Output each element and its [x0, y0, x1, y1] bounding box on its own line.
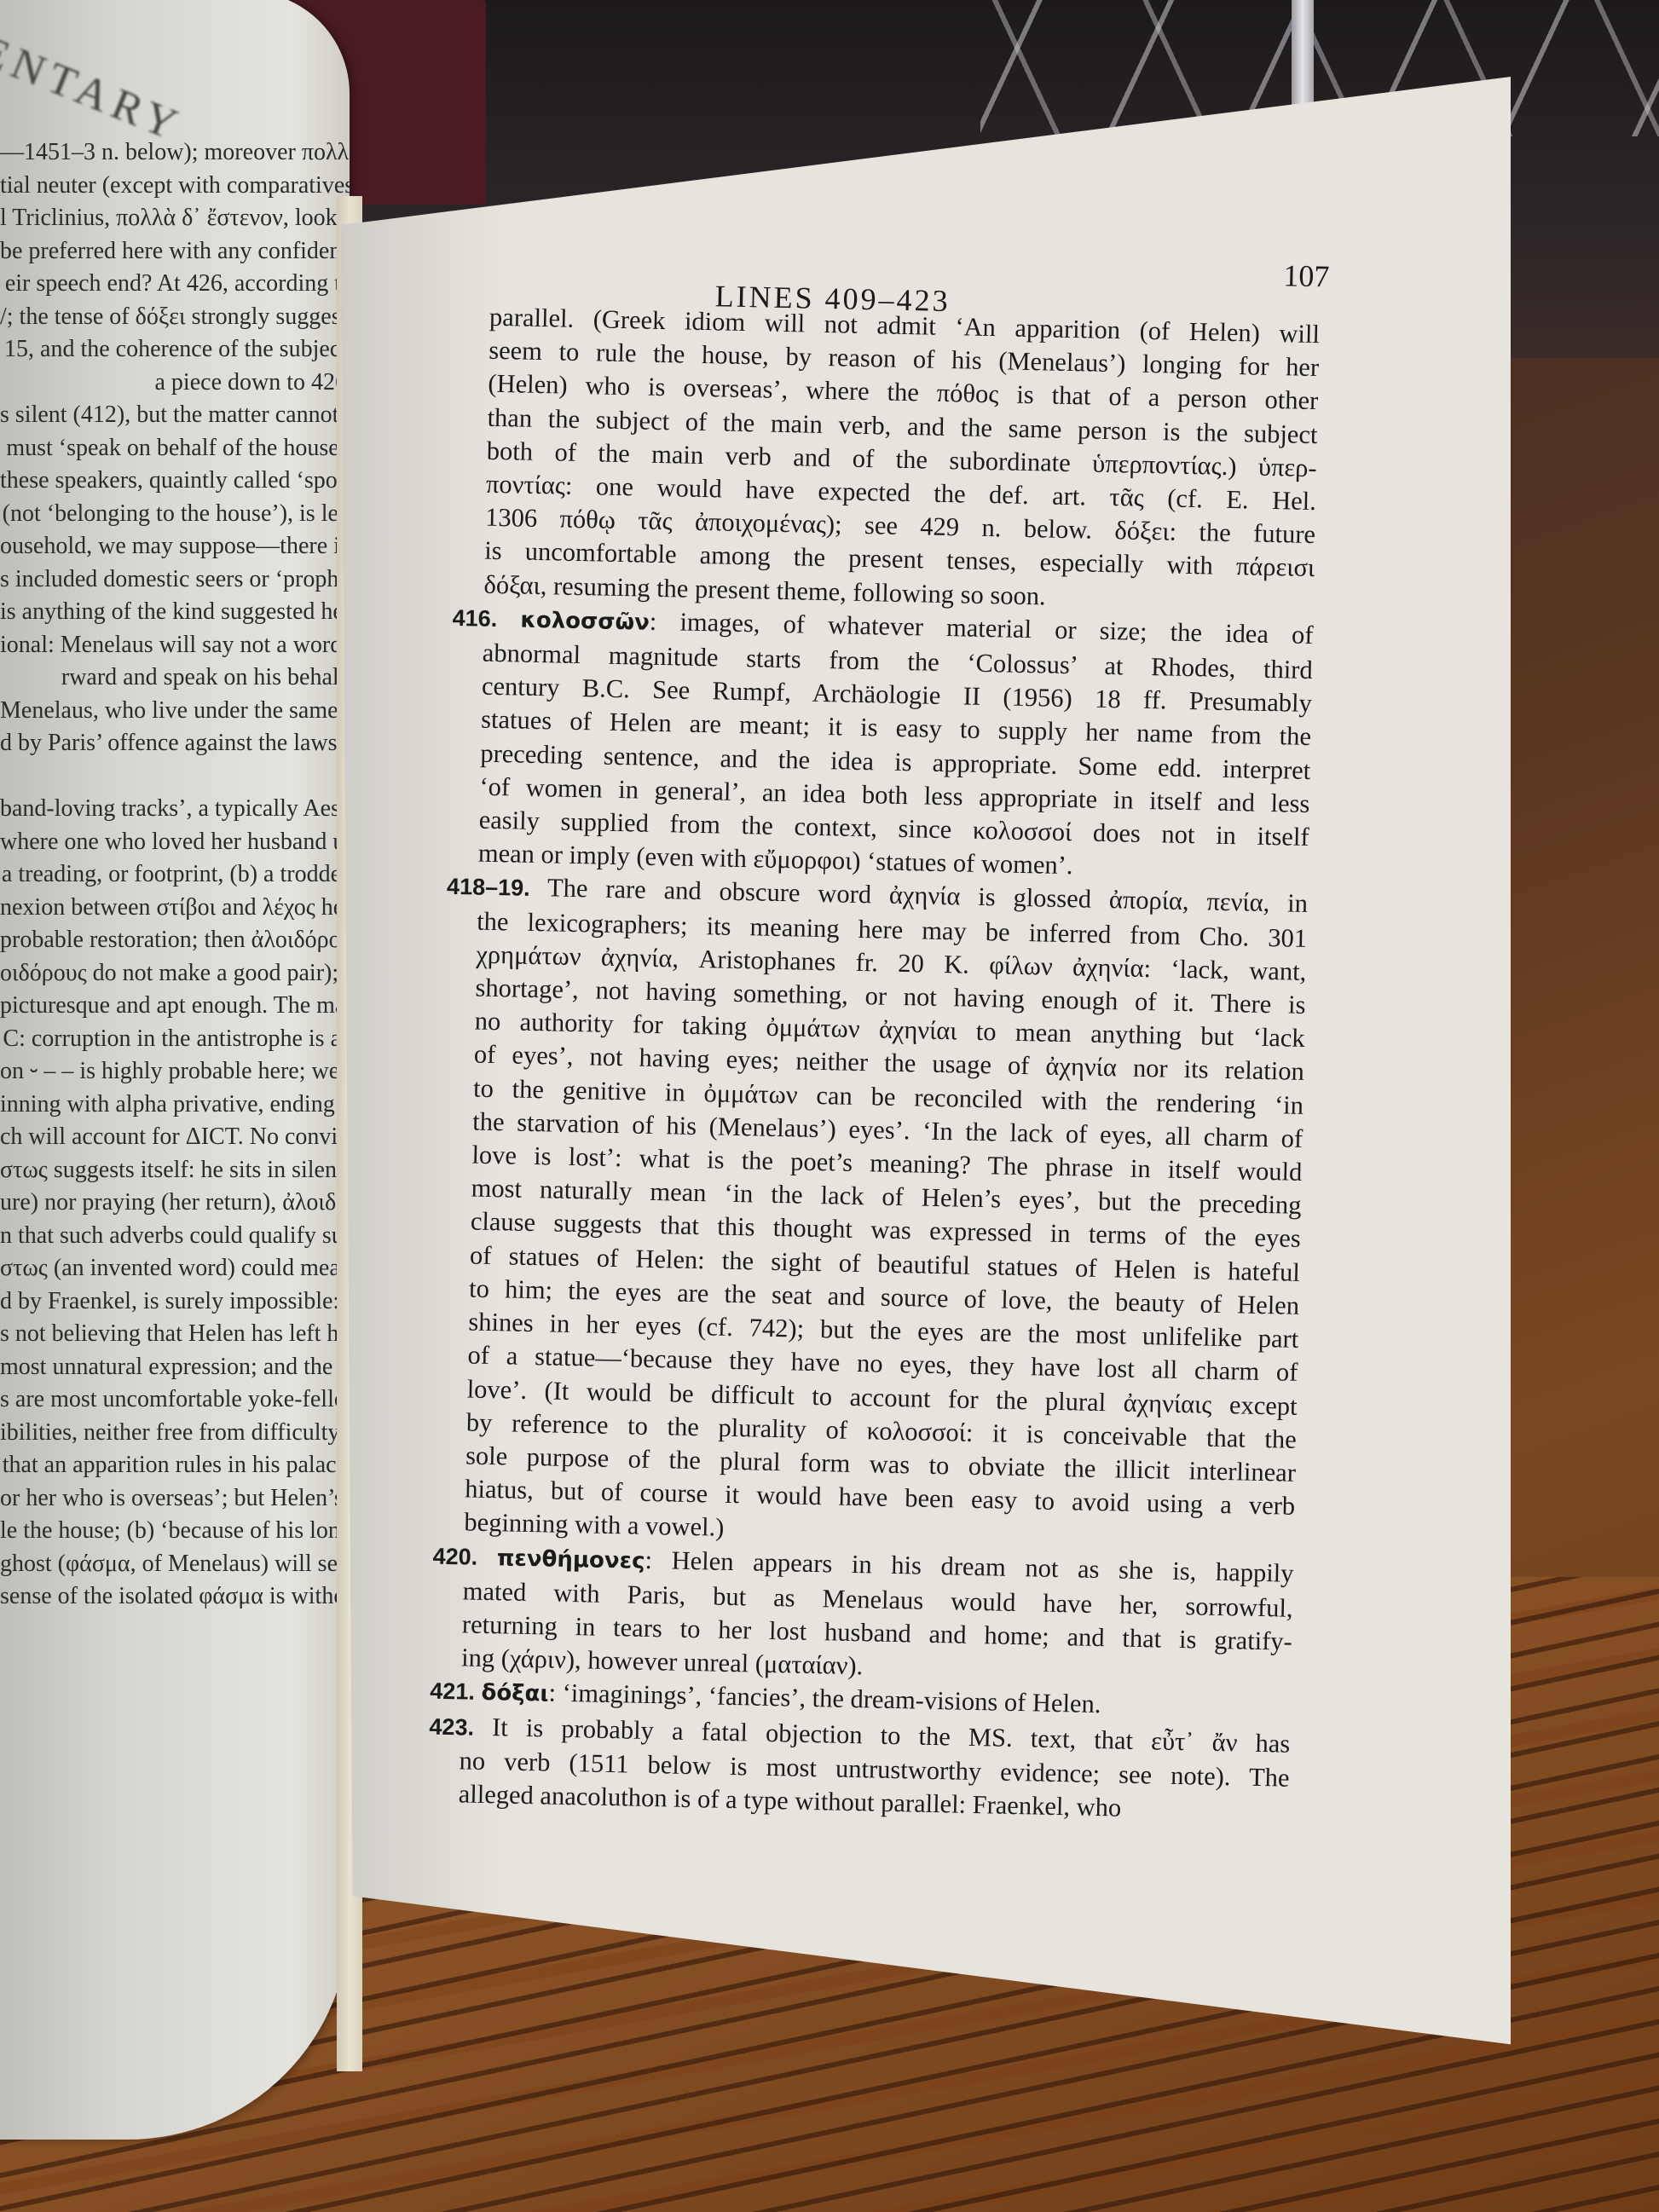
left-text-line: n that such adverbs could qualify such a [0, 1220, 350, 1253]
commentary-entry: 423. It is probably a fatal objection to… [427, 1709, 1290, 1828]
left-text-line: sense of the isolated φάσμα is without [0, 1580, 350, 1614]
commentary-entry: 418–19. The rare and obscure word ἀχηνία… [433, 869, 1308, 1556]
left-text-line: be preferred here with any confidence. [0, 235, 350, 269]
left-text-line: s not believing that Helen has left him; [0, 1318, 350, 1351]
left-text-line: on ⏑ – – is highly probable here; we nee… [0, 1055, 350, 1089]
left-text-line: στως suggests itself: he sits in silence… [0, 1154, 350, 1187]
entry-line-number: 423. [429, 1713, 474, 1740]
commentary-entry: 420. πενθήμονες: Helen appears in his dr… [431, 1539, 1294, 1692]
left-text-line: οιδόρους do not make a good pair); and [0, 957, 350, 990]
entry-lemma: δόξαι [481, 1680, 549, 1707]
left-text-line: tial neuter (except with comparatives [0, 170, 350, 203]
left-text-line: ure) nor praying (her return), ἀλοιδόρου… [0, 1187, 350, 1220]
left-text-line: a piece down to 426. [0, 367, 350, 400]
running-head-title: LINES 409–423 [714, 278, 951, 319]
left-text-line: /; the tense of δόξει strongly suggests [0, 301, 350, 334]
left-text-line: Menelaus, who live under the same roof [0, 695, 350, 728]
commentary-entry: 416. κολοσσῶν: images, of whatever mater… [448, 601, 1314, 888]
background-pole [1292, 0, 1314, 111]
entry-lemma: κολοσσῶν [520, 607, 650, 635]
left-text-line: στως (an invented word) could mean ‘not [0, 1252, 350, 1285]
left-text-line: C: corruption in the antistrophe is an [0, 1023, 350, 1056]
left-text-line: picturesque and apt enough. The main [0, 990, 350, 1023]
left-text-line: le the house; (b) ‘because of his longin… [0, 1515, 350, 1548]
left-text-line: d by Paris’ offence against the laws of [0, 727, 350, 760]
left-text-line: s silent (412), but the matter cannot pa… [0, 399, 350, 432]
left-text-line: must ‘speak on behalf of the house’. [0, 432, 350, 465]
entry-line-number: 418–19. [447, 874, 530, 901]
left-text-line: rward and speak on his behalf. [0, 661, 350, 695]
left-text-line: that an apparition rules in his palace, [0, 1449, 350, 1482]
left-page-text: —1451–3 n. below); moreover πολλὰ, notti… [0, 136, 350, 1614]
left-text-line: s are most uncomfortable yoke-fellows. [0, 1383, 350, 1417]
left-text-line: inning with alpha privative, ending -ους [0, 1089, 350, 1122]
left-text-line: nexion between στίβοι and λέχος here. [0, 892, 350, 925]
left-text-line: is anything of the kind suggested here. [0, 596, 350, 629]
entry-lemma: πενθήμονες [497, 1545, 645, 1574]
continuation-paragraph: parallel. (Greek idiom will not admit ‘A… [453, 300, 1320, 619]
left-text-line: d by Fraenkel, is surely impossible: the… [0, 1285, 350, 1319]
left-text-line: ch will account for ΔICT. No convincing [0, 1121, 350, 1154]
left-text-line: ousehold, we may suppose—there is no [0, 530, 350, 563]
left-text-line: ibilities, neither free from difficulty:… [0, 1417, 350, 1450]
left-text-line: probable restoration; then ἀλοιδόρους, o… [0, 924, 350, 957]
left-running-head: ENTARY [0, 26, 191, 153]
left-text-line: ional: Menelaus will say not a word, so [0, 629, 350, 662]
left-text-line: where one who loved her husband used [0, 826, 350, 859]
left-text-line: l Triclinius, πολλὰ δ᾽ ἔστενον, looks li… [0, 202, 350, 235]
left-text-line: 15, and the coherence of the subject. [0, 333, 350, 367]
left-text-line: band-loving tracks’, a typically Aeschy- [0, 793, 350, 826]
left-text-line: most unnatural expression; and the trio [0, 1351, 350, 1384]
left-text-line [0, 760, 350, 794]
left-page: ENTARY —1451–3 n. below); moreover πολλὰ… [0, 0, 350, 2140]
page-number: 107 [1283, 257, 1330, 294]
left-text-line: s included domestic seers or ‘prophets’ [0, 563, 350, 597]
left-text-line: or her who is overseas’; but Helen’s gho… [0, 1482, 350, 1516]
entry-line-number: 421. [430, 1678, 475, 1705]
left-text-line: these speakers, quaintly called ‘spokes- [0, 465, 350, 498]
commentary-entries: 416. κολοσσῶν: images, of whatever mater… [427, 601, 1314, 1828]
left-text-line: —1451–3 n. below); moreover πολλὰ, not [0, 136, 350, 170]
left-text-line: (not ‘belonging to the house’), is left [0, 498, 350, 531]
entry-line-number: 416. [452, 605, 497, 632]
entry-line-number: 420. [432, 1543, 477, 1569]
right-page-text: LINES 409–423 107 parallel. (Greek idiom… [427, 240, 1321, 1828]
left-text-line: a treading, or footprint, (b) a trodden [0, 858, 350, 892]
left-text-line: eir speech end? At 426, according to [0, 268, 350, 301]
left-text-line: ghost (φάσμα, of Menelaus) will seem to [0, 1548, 350, 1581]
